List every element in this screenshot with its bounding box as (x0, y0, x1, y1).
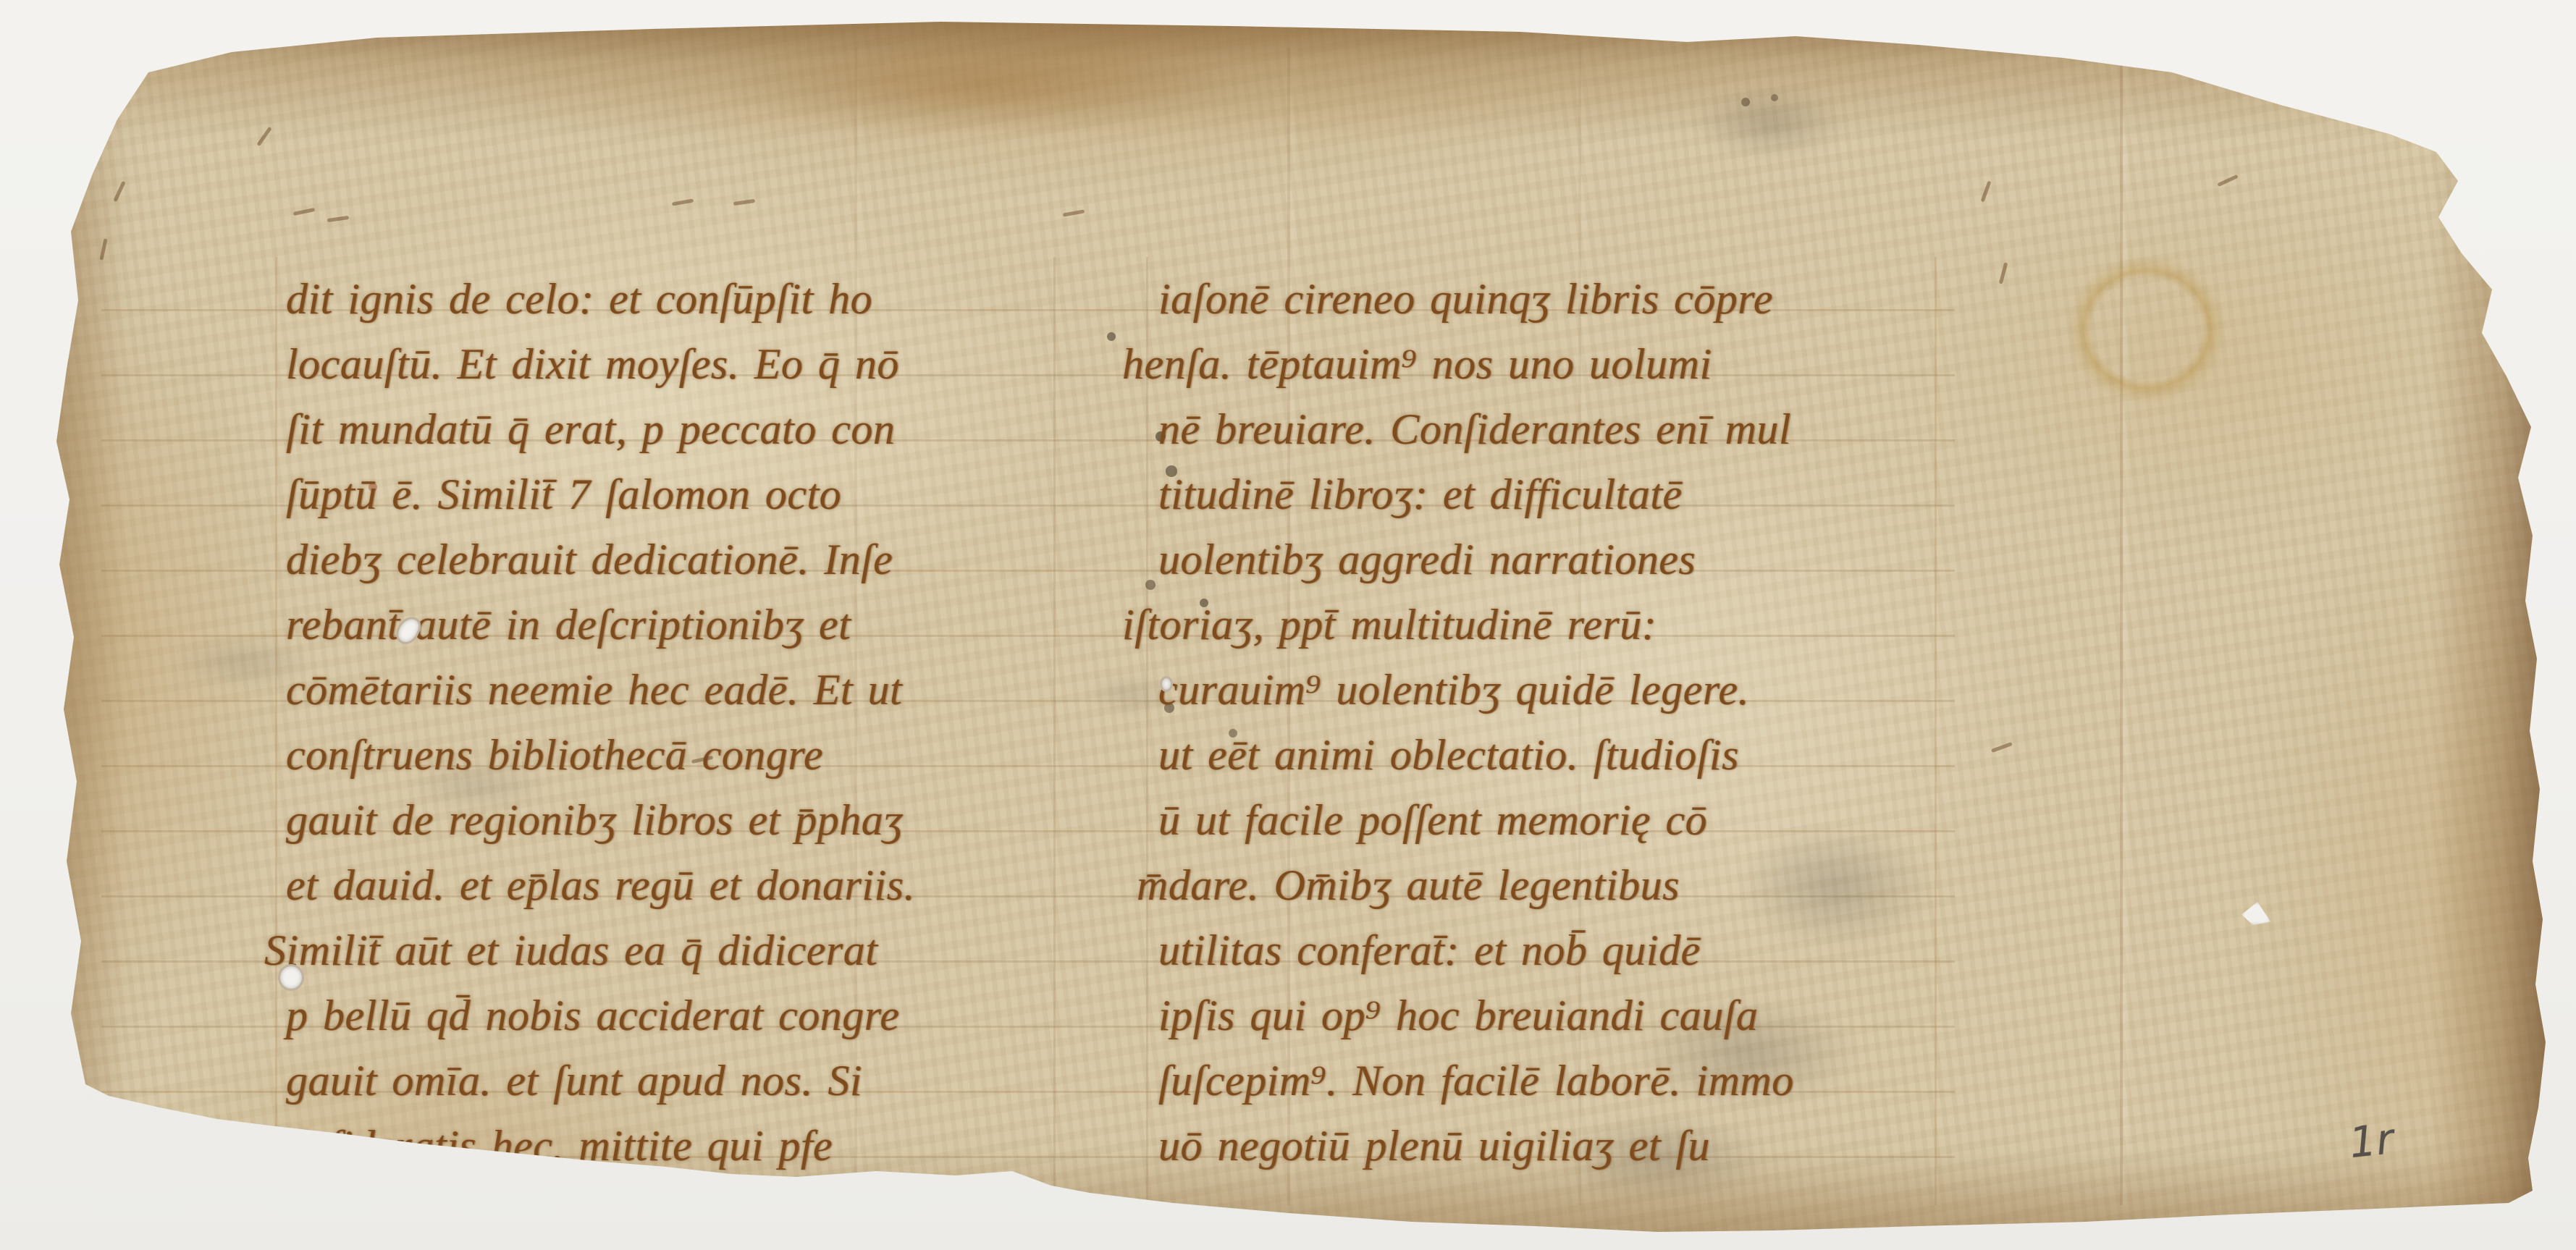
scanned-manuscript-page: dit ignis de celo: et conſūpſit ho locau… (0, 0, 2576, 1250)
parchment-fragment: dit ignis de celo: et conſūpſit ho locau… (43, 18, 2556, 1241)
hole (278, 964, 304, 991)
ink-speckles (43, 18, 48, 22)
hole (1160, 676, 1173, 692)
folio-number-pencil: 1r (2347, 1114, 2396, 1167)
